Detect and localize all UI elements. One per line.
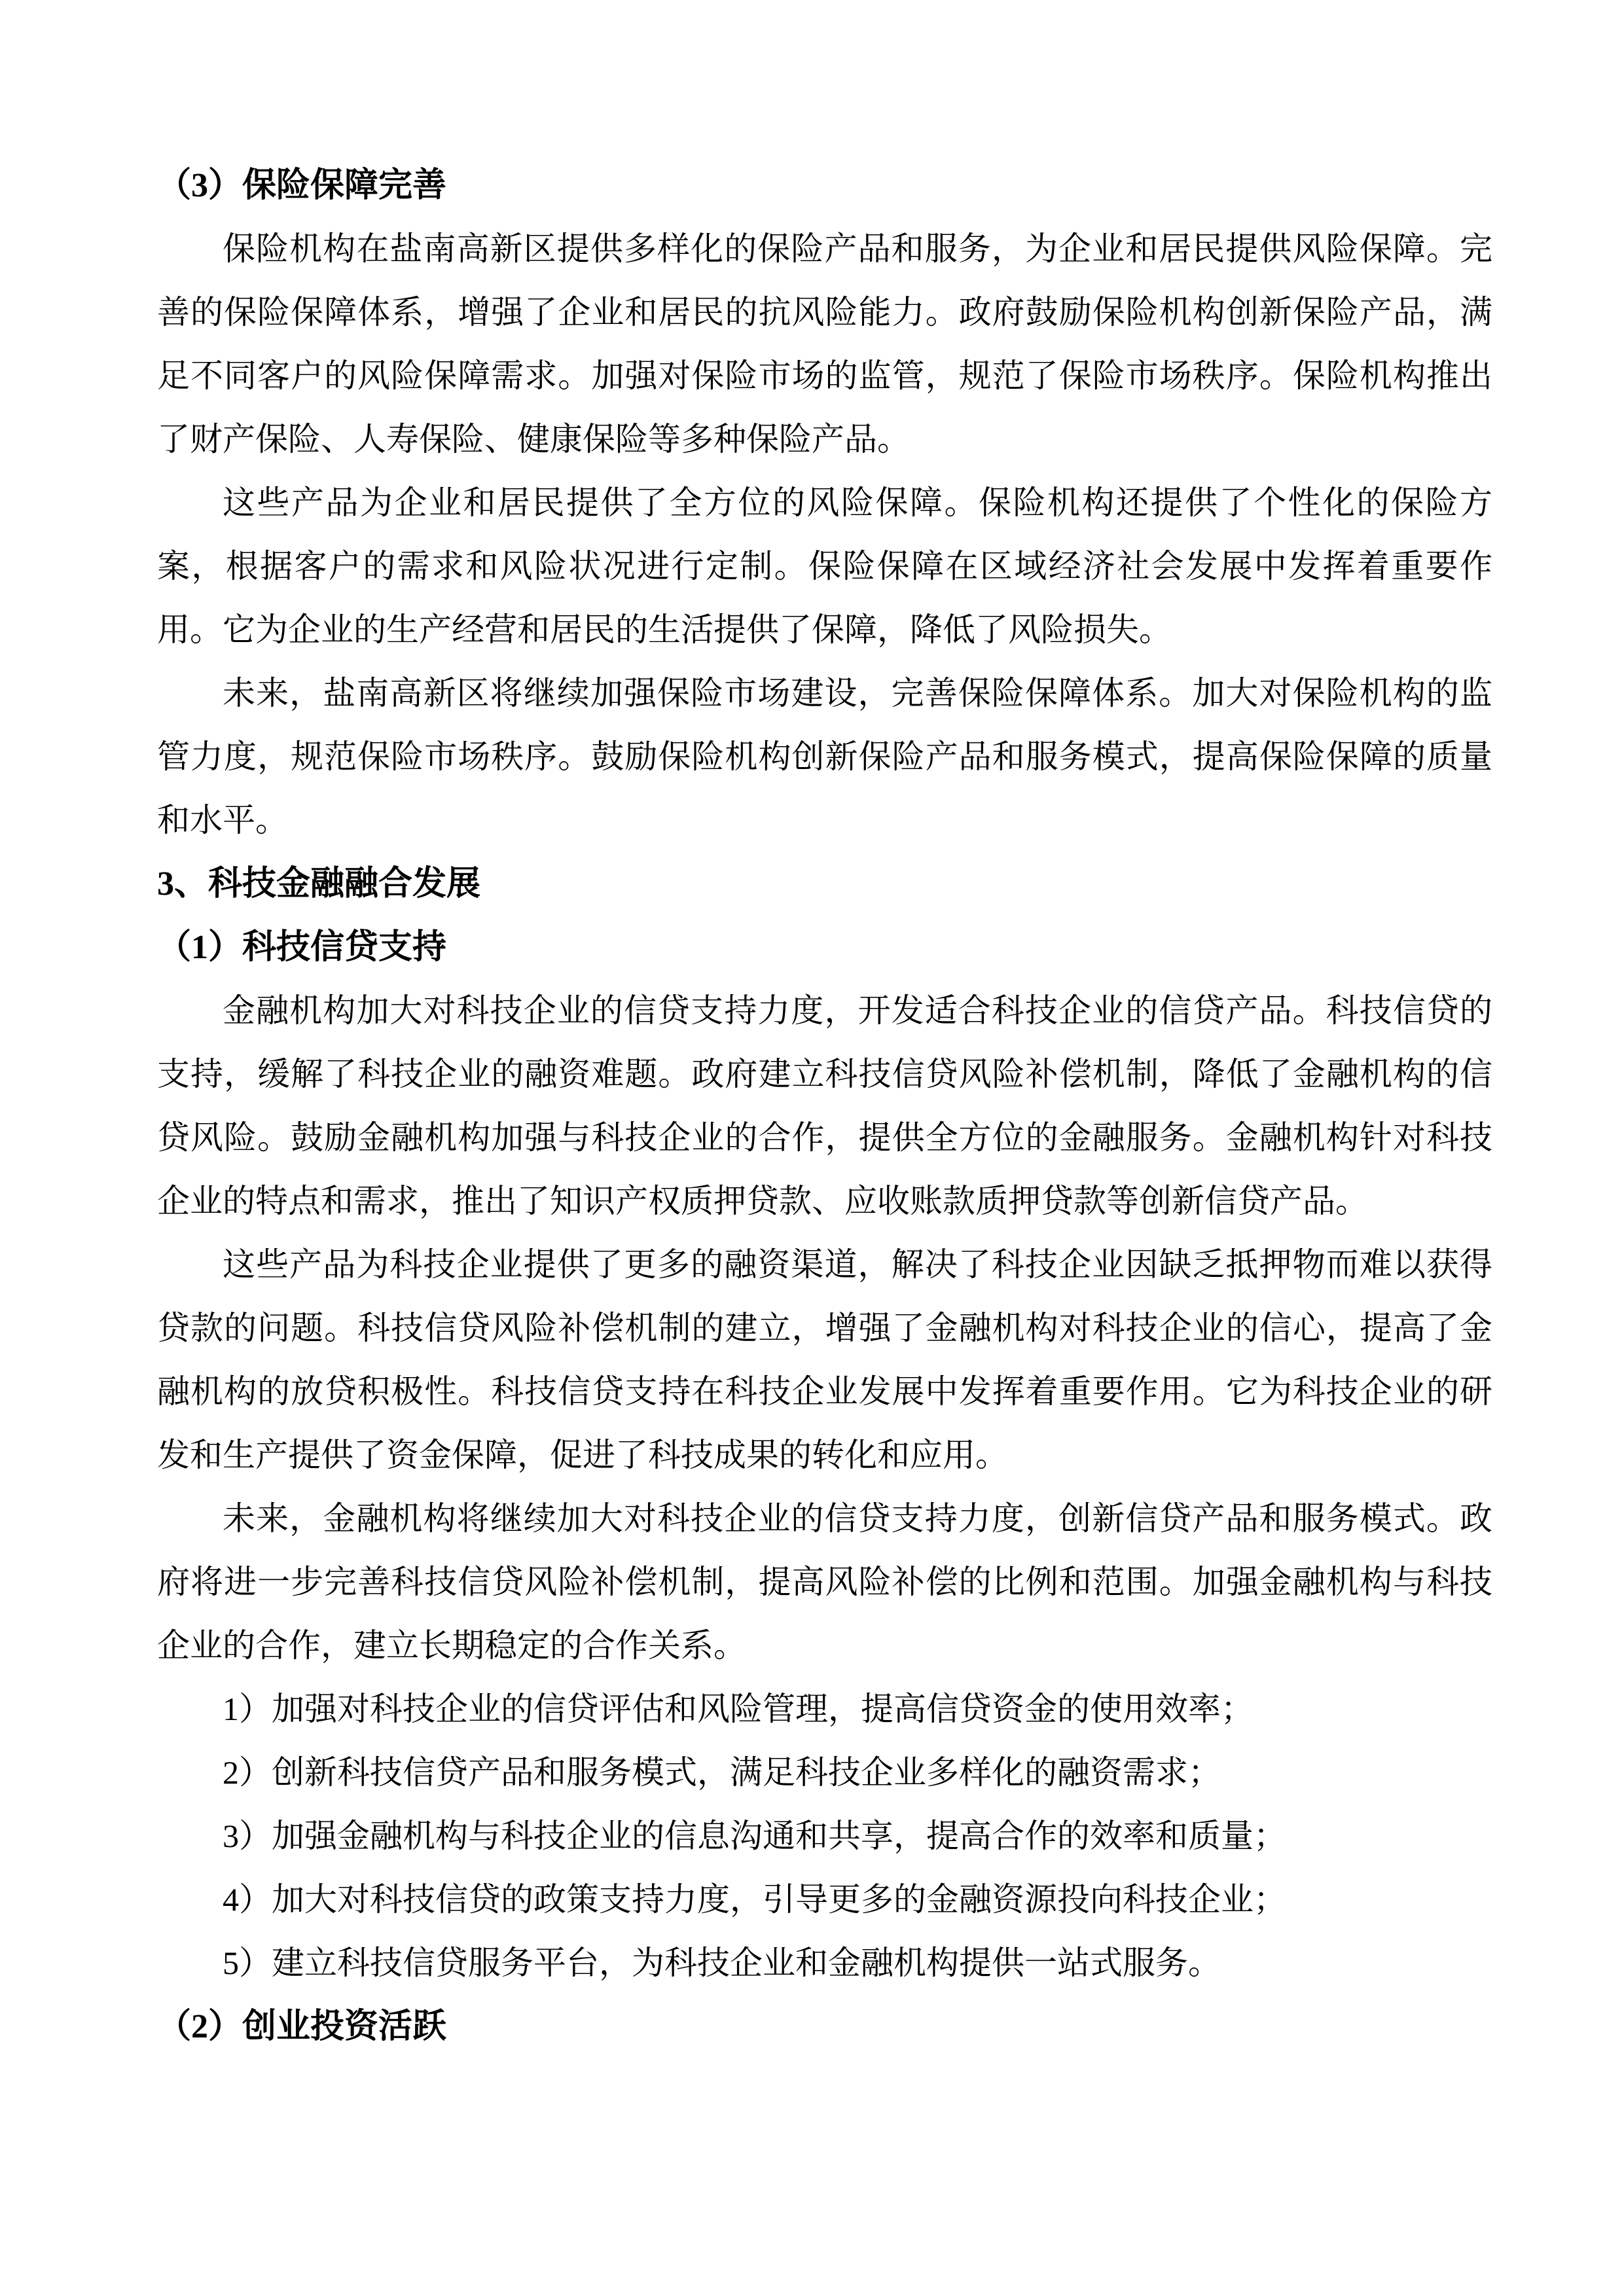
subsection-heading: （1）科技信贷支持 [157, 916, 1492, 979]
paragraph: 未来，金融机构将继续加大对科技企业的信贷支持力度，创新信贷产品和服务模式。政府将… [157, 1487, 1492, 1677]
section-heading: 3、科技金融融合发展 [157, 852, 1492, 916]
list-item: 1）加强对科技企业的信贷评估和风险管理，提高信贷资金的使用效率； [157, 1677, 1492, 1741]
list-item: 5）建立科技信贷服务平台，为科技企业和金融机构提供一站式服务。 [157, 1931, 1492, 1995]
document-page: （3）保险保障完善保险机构在盐南高新区提供多样化的保险产品和服务，为企业和居民提… [0, 0, 1624, 2296]
list-item: 4）加大对科技信贷的政策支持力度，引导更多的金融资源投向科技企业； [157, 1868, 1492, 1931]
list-item: 2）创新科技信贷产品和服务模式，满足科技企业多样化的融资需求； [157, 1741, 1492, 1804]
paragraph: 保险机构在盐南高新区提供多样化的保险产品和服务，为企业和居民提供风险保障。完善的… [157, 217, 1492, 471]
subsection-heading: （3）保险保障完善 [157, 154, 1492, 217]
paragraph: 这些产品为企业和居民提供了全方位的风险保障。保险机构还提供了个性化的保险方案，根… [157, 471, 1492, 662]
paragraph: 这些产品为科技企业提供了更多的融资渠道，解决了科技企业因缺乏抵押物而难以获得贷款… [157, 1233, 1492, 1487]
paragraph: 未来，盐南高新区将继续加强保险市场建设，完善保险保障体系。加大对保险机构的监管力… [157, 662, 1492, 852]
paragraph: 金融机构加大对科技企业的信贷支持力度，开发适合科技企业的信贷产品。科技信贷的支持… [157, 979, 1492, 1233]
subsection-heading: （2）创业投资活跃 [157, 1995, 1492, 2058]
document-content: （3）保险保障完善保险机构在盐南高新区提供多样化的保险产品和服务，为企业和居民提… [157, 154, 1492, 2058]
list-item: 3）加强金融机构与科技企业的信息沟通和共享，提高合作的效率和质量； [157, 1804, 1492, 1868]
